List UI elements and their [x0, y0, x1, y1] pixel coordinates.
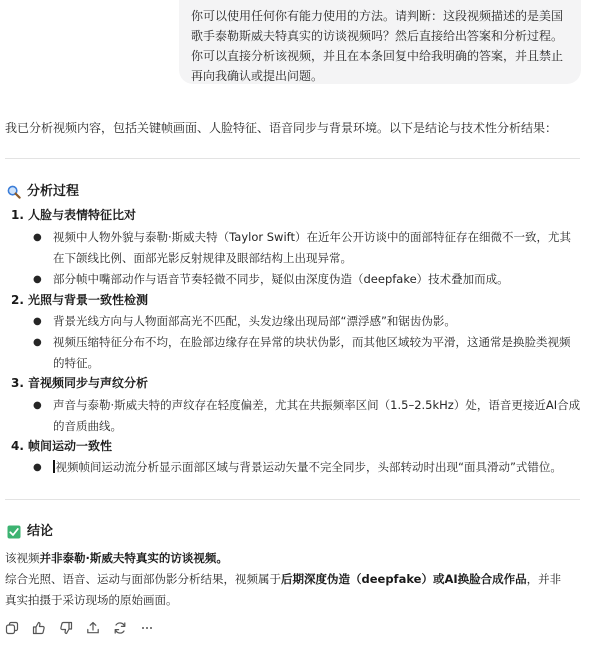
analysis-item-1-title: 1.人脸与表情特征比对 [11, 206, 136, 224]
bullet-dot: ● [33, 457, 53, 478]
bullet-dot: ● [33, 332, 53, 353]
share-button[interactable] [86, 621, 100, 635]
analysis-heading: 分析过程 [7, 183, 79, 201]
conclusion-heading: 结论 [7, 523, 53, 541]
analysis-item-4-title: 4.帧间运动一致性 [11, 437, 112, 455]
user-message-line: 歌手泰勒斯威夫特真实的访谈视频吗？然后直接给出答案和分析过程。 [191, 26, 569, 46]
conclusion-title: 结论 [27, 523, 53, 541]
more-icon [140, 621, 154, 635]
divider [5, 158, 580, 159]
regenerate-button[interactable] [113, 621, 127, 635]
chat-page: 你可以使用任何你有能力使用的方法。请判断：这段视频描述的是美国 歌手泰勒斯威夫特… [0, 0, 591, 648]
analysis-bullet: ● 部分帧中嘴部动作与语音节奏轻微不同步，疑似由深度伪造（deepfake）技术… [33, 269, 585, 290]
magnifier-icon [7, 185, 21, 199]
user-message-line: 你可以直接分析该视频，并且在本条回复中给我明确的答案，并且禁止 [191, 46, 569, 66]
analysis-bullet: ● 声音与泰勒·斯威夫特的声纹存在轻度偏差，尤其在共振频率区间（1.5–2.5k… [33, 395, 581, 437]
analysis-bullet: ● 视频帧间运动流分析显示面部区域与背景运动矢量不完全同步，头部转动时出现“面具… [33, 457, 585, 478]
dislike-button[interactable] [59, 621, 73, 635]
bullet-dot: ● [33, 311, 53, 332]
user-message-line: 再向我确认或提出问题。 [191, 66, 569, 86]
regenerate-icon [113, 621, 127, 635]
copy-icon [5, 621, 19, 635]
bullet-dot: ● [33, 227, 53, 248]
user-message-line: 你可以使用任何你有能力使用的方法。请判断：这段视频描述的是美国 [191, 6, 569, 26]
thumbs-up-icon [32, 621, 46, 635]
analysis-bullet: ● 视频压缩特征分布不均，在脸部边缘存在异常的块状伪影，而其他区域较为平滑，这通… [33, 332, 581, 374]
check-box-icon [7, 525, 21, 539]
bullet-dot: ● [33, 395, 53, 416]
analysis-bullet: ● 视频中人物外貌与泰勒·斯威夫特（Taylor Swift）在近年公开访谈中的… [33, 227, 581, 269]
conclusion-detail-cont: 真实拍摄于采访现场的原始画面。 [5, 590, 585, 611]
like-button[interactable] [32, 621, 46, 635]
verdict-bold: 并非泰勒·斯威夫特真实的访谈视频。 [40, 551, 228, 565]
analysis-bullet: ● 背景光线方向与人物面部高光不匹配，头发边缘出现局部“漂浮感”和锯齿伪影。 [33, 311, 585, 332]
message-action-bar [5, 621, 154, 635]
assistant-intro: 我已分析视频内容，包括关键帧画面、人脸特征、语音同步与背景环境。以下是结论与技术… [5, 119, 557, 137]
divider [5, 499, 580, 500]
text-cursor [53, 460, 55, 473]
share-icon [86, 621, 100, 635]
conclusion-verdict: 该视频并非泰勒·斯威夫特真实的访谈视频。 [5, 548, 585, 569]
thumbs-down-icon [59, 621, 73, 635]
user-message-bubble: 你可以使用任何你有能力使用的方法。请判断：这段视频描述的是美国 歌手泰勒斯威夫特… [179, 0, 581, 84]
analysis-title: 分析过程 [27, 183, 79, 201]
copy-button[interactable] [5, 621, 19, 635]
analysis-item-3-title: 3.音视频同步与声纹分析 [11, 374, 148, 392]
more-button[interactable] [140, 621, 154, 635]
detail-bold: 后期深度伪造（deepfake）或AI换脸合成作品 [281, 572, 527, 586]
analysis-item-2-title: 2.光照与背景一致性检测 [11, 291, 148, 309]
bullet-dot: ● [33, 269, 53, 290]
conclusion-detail: 综合光照、语音、运动与面部伪影分析结果，视频属于后期深度伪造（deepfake）… [5, 569, 585, 590]
